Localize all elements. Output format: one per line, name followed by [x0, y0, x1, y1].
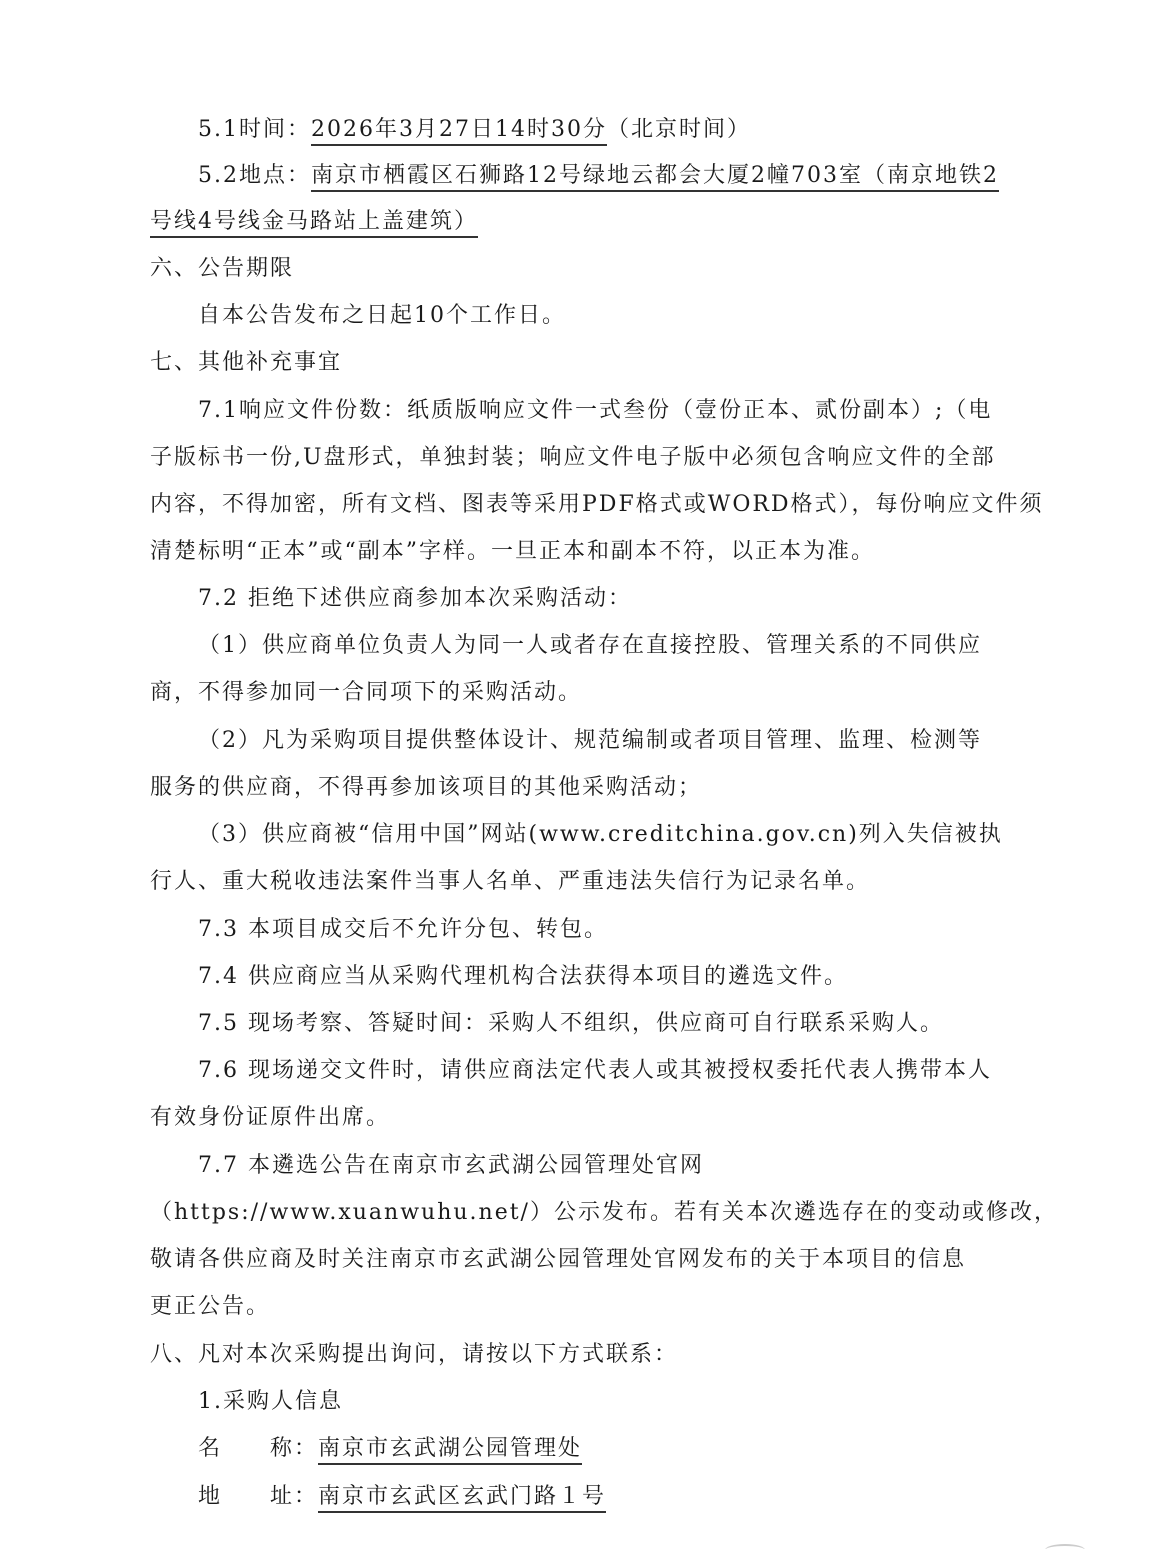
purchaser-address: 地 址：南京市玄武区玄武门路１号 [198, 1482, 606, 1512]
paragraph: （3）供应商被“信用中国”网站(www.creditchina.gov.cn)列… [198, 820, 1003, 850]
location-value: 南京市栖霞区石狮路12号绿地云都会大厦2幢703室（南京地铁2 [311, 163, 999, 192]
paragraph: （1）供应商单位负责人为同一人或者存在直接控股、管理关系的不同供应 [198, 631, 982, 661]
meeting-location-cont: 号线4号线金马路站上盖建筑） [150, 207, 478, 237]
paragraph: 敬请各供应商及时关注南京市玄武湖公园管理处官网发布的关于本项目的信息 [150, 1245, 966, 1275]
section-heading-8: 八、凡对本次采购提出询问，请按以下方式联系： [150, 1340, 678, 1370]
subsection-heading: 1.采购人信息 [198, 1387, 343, 1417]
purchaser-name: 名 称：南京市玄武湖公园管理处 [198, 1434, 582, 1464]
paragraph: 子版标书一份,U盘形式，单独封装；响应文件电子版中必须包含响应文件的全部 [150, 443, 996, 473]
paragraph: 行人、重大税收违法案件当事人名单、严重违法失信行为记录名单。 [150, 867, 870, 897]
paragraph: 服务的供应商，不得再参加该项目的其他采购活动； [150, 773, 702, 803]
paragraph: 有效身份证原件出席。 [150, 1103, 390, 1133]
paragraph: 清楚标明“正本”或“副本”字样。一旦正本和副本不符，以正本为准。 [150, 537, 875, 567]
label: 名 称： [198, 1436, 318, 1461]
paragraph: 自本公告发布之日起10个工作日。 [198, 301, 566, 331]
paragraph: 7.7 本遴选公告在南京市玄武湖公园管理处官网 [198, 1151, 704, 1181]
paragraph: 7.6 现场递交文件时，请供应商法定代表人或其被授权委托代表人携带本人 [198, 1056, 992, 1086]
time-value: 2026年3月27日14时30分 [311, 117, 607, 146]
suffix: （北京时间） [607, 117, 751, 142]
paragraph: 更正公告。 [150, 1292, 270, 1322]
paragraph: 7.1响应文件份数：纸质版响应文件一式叁份（壹份正本、贰份副本）;（电 [198, 396, 992, 426]
paragraph: 7.4 供应商应当从采购代理机构合法获得本项目的遴选文件。 [198, 962, 848, 992]
page-curl-indicator [1045, 1544, 1085, 1549]
location-value-cont: 号线4号线金马路站上盖建筑） [150, 209, 478, 238]
label: 5.2地点： [198, 163, 311, 188]
label: 5.1时间： [198, 117, 311, 142]
paragraph: 7.5 现场考察、答疑时间：采购人不组织，供应商可自行联系采购人。 [198, 1009, 944, 1039]
meeting-time: 5.1时间：2026年3月27日14时30分（北京时间） [198, 115, 751, 145]
label: 地 址： [198, 1484, 318, 1509]
meeting-location: 5.2地点：南京市栖霞区石狮路12号绿地云都会大厦2幢703室（南京地铁2 [198, 161, 999, 191]
section-heading-7: 七、其他补充事宜 [150, 348, 342, 378]
paragraph: 商，不得参加同一合同项下的采购活动。 [150, 678, 582, 708]
name-value: 南京市玄武湖公园管理处 [318, 1436, 582, 1465]
section-heading-6: 六、公告期限 [150, 254, 294, 284]
paragraph: 7.3 本项目成交后不允许分包、转包。 [198, 915, 608, 945]
address-value: 南京市玄武区玄武门路１号 [318, 1484, 606, 1513]
paragraph: 内容，不得加密，所有文档、图表等采用PDF格式或WORD格式），每份响应文件须 [150, 490, 1044, 520]
paragraph: （2）凡为采购项目提供整体设计、规范编制或者项目管理、监理、检测等 [198, 726, 982, 756]
paragraph: 7.2 拒绝下述供应商参加本次采购活动： [198, 584, 632, 614]
paragraph: （https://www.xuanwuhu.net/）公示发布。若有关本次遴选存… [150, 1198, 1058, 1228]
